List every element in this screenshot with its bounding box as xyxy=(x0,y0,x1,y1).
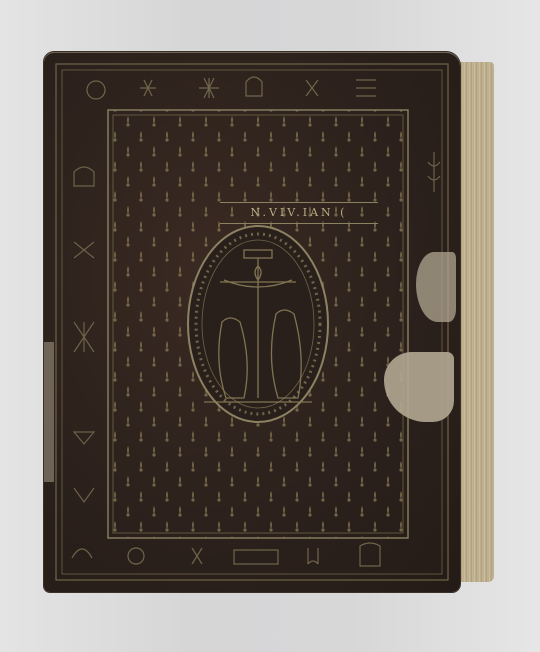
cover-decoration xyxy=(44,52,460,592)
book-cover: N.VIV.IAN ( xyxy=(44,52,460,592)
worn-board-edge xyxy=(44,342,54,482)
title-label: N.VIV.IAN ( xyxy=(220,202,378,224)
worn-board-area xyxy=(416,252,456,322)
